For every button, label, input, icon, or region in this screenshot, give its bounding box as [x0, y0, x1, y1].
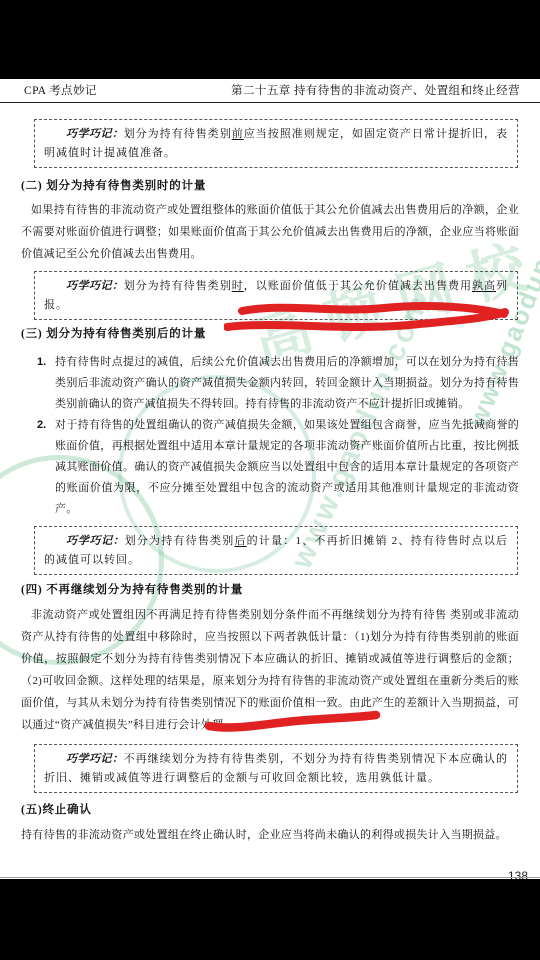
paragraph-section-5: 持有待售的非流动资产或处置组在终止确认时，企业应当将尚未确认的利得或损失计入当期…: [21, 824, 519, 846]
tip-box-before-classification: 巧学巧记：划分为持有待售类别前应当按照准则规定，如固定资产日常计提折旧，表明减值…: [34, 119, 518, 168]
tip-box-reclassification: 巧学巧记：不再继续划分为持有待售类别，不划分为持有待售类别情况下本应确认的折旧、…: [34, 744, 518, 793]
page-bottom-edge: [0, 877, 540, 878]
list-item-1-text: 持有待售时点提过的减值，后续公允价值减去出售费用后的净额增加，可以在划分为持有待…: [55, 352, 519, 415]
tip1-underlined: 前: [232, 128, 244, 140]
tip2-underlined-1: 时: [232, 280, 244, 292]
top-black-bar: [0, 0, 540, 79]
bottom-black-bar: [0, 879, 540, 960]
list-item-1-number: 1.: [21, 352, 55, 415]
list-item-1: 1. 持有待售时点提过的减值，后续公允价值减去出售费用后的净额增加，可以在划分为…: [21, 352, 519, 415]
page-header: CPA 考点妙记 第二十五章 持有待售的非流动资产、处置组和终止经营: [0, 79, 540, 103]
document-page: CPA 考点妙记 第二十五章 持有待售的非流动资产、处置组和终止经营 巧学巧记：…: [0, 79, 540, 877]
tip-box-after-classification: 巧学巧记：划分为持有待售类别后的计量：1、不再折旧摊销 2、持有待售时点以后的减…: [34, 526, 518, 575]
tip2-text: 划分为持有待售类别: [124, 280, 232, 292]
tip3-underlined: 后: [234, 535, 246, 547]
list-item-2-number: 2.: [21, 415, 55, 520]
tip2-underlined-2: 孰高: [472, 280, 496, 292]
header-left-title: CPA 考点妙记: [24, 85, 97, 98]
list-item-2-text: 对于持有待售的处置组确认的资产减值损失金额，如果该处置组包含商誉，应当先抵减商誉…: [55, 415, 519, 520]
paragraph-section-4: 非流动资产或处置组因不再满足持有待售类别划分条件而不再继续划分为持有待售 类别或…: [21, 604, 519, 736]
tip-label: 巧学巧记：: [44, 535, 125, 547]
tip-label: 巧学巧记：: [44, 280, 124, 292]
tip1-text: 划分为持有待售类别: [124, 128, 232, 140]
tip-box-at-classification: 巧学巧记：划分为持有待售类别时，以账面价值低于其公允价值减去出售费用孰高列报。: [34, 271, 518, 320]
tip-label: 巧学巧记：: [44, 753, 124, 765]
list-item-2: 2. 对于持有待售的处置组确认的资产减值损失金额，如果该处置组包含商誉，应当先抵…: [21, 415, 519, 520]
section-heading-5: (五)终止确认: [21, 803, 519, 818]
phone-screenshot: 高顿网校 www.gaodun.com www.gaodun.com CPA 考…: [0, 0, 540, 960]
tip3-text: 划分为持有待售类别: [125, 535, 235, 547]
tip-label: 巧学巧记：: [44, 128, 124, 140]
section-heading-3: (三) 划分为持有待售类别后的计量: [21, 327, 519, 342]
tip2-text-mid: ，以账面价值低于其公允价值减去出售费用: [244, 280, 472, 292]
header-chapter-title: 第二十五章 持有待售的非流动资产、处置组和终止经营: [231, 85, 520, 98]
page-content: 巧学巧记：划分为持有待售类别前应当按照准则规定，如固定资产日常计提折旧，表明减值…: [0, 119, 540, 846]
section-heading-2: (二) 划分为持有待售类别时的计量: [21, 179, 519, 194]
section-heading-4: (四) 不再继续划分为持有待售类别的计量: [21, 583, 519, 598]
paragraph-section-2: 如果持有待售的非流动资产或处置组整体的账面价值低于其公允价值减去出售费用后的净额…: [21, 199, 519, 265]
